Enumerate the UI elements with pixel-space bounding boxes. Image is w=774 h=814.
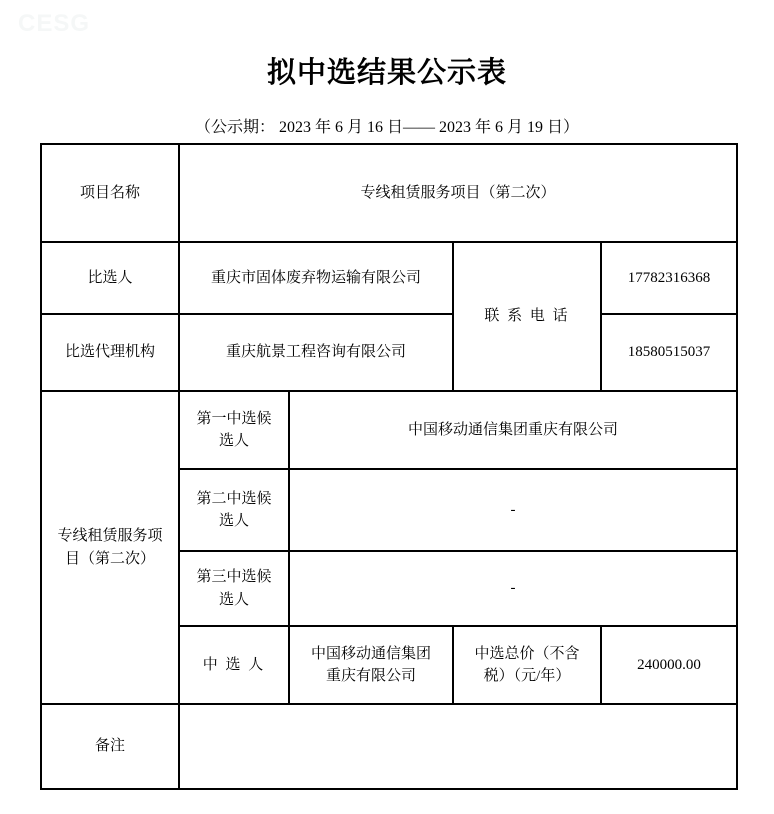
table-row: 比选代理机构 重庆航景工程咨询有限公司 18580515037 bbox=[41, 314, 737, 391]
table-row: 备注 bbox=[41, 704, 737, 789]
agency-phone-value: 18580515037 bbox=[601, 314, 737, 391]
page-title: 拟中选结果公示表 bbox=[0, 50, 774, 91]
candidate2-label: 第二中选候选人 bbox=[179, 469, 289, 551]
winner-label: 中 选 人 bbox=[179, 626, 289, 704]
project-section-label: 专线租赁服务项目（第二次） bbox=[41, 391, 179, 704]
table-row: 专线租赁服务项目（第二次） 第一中选候选人 中国移动通信集团重庆有限公司 bbox=[41, 391, 737, 469]
project-name-value: 专线租赁服务项目（第二次） bbox=[179, 144, 737, 242]
remarks-label: 备注 bbox=[41, 704, 179, 789]
contact-phone-label: 联 系 电 话 bbox=[453, 242, 601, 391]
cesg-watermark: CESG bbox=[18, 10, 90, 38]
selector-label: 比选人 bbox=[41, 242, 179, 314]
project-name-label: 项目名称 bbox=[41, 144, 179, 242]
total-price-value: 240000.00 bbox=[601, 626, 737, 704]
table-row: 项目名称 专线租赁服务项目（第二次） bbox=[41, 144, 737, 242]
result-table: 项目名称 专线租赁服务项目（第二次） 比选人 重庆市固体废弃物运输有限公司 联 … bbox=[40, 143, 738, 790]
candidate1-label: 第一中选候选人 bbox=[179, 391, 289, 469]
candidate3-label: 第三中选候选人 bbox=[179, 551, 289, 626]
table-row: 比选人 重庆市固体废弃物运输有限公司 联 系 电 话 17782316368 bbox=[41, 242, 737, 314]
total-price-label: 中选总价（不含税）（元/年） bbox=[453, 626, 601, 704]
remarks-value bbox=[179, 704, 737, 789]
candidate3-value: - bbox=[289, 551, 737, 626]
publicity-period: （公示期： 2023 年 6 月 16 日—— 2023 年 6 月 19 日） bbox=[0, 114, 774, 137]
agency-value: 重庆航景工程咨询有限公司 bbox=[179, 314, 453, 391]
selector-phone-value: 17782316368 bbox=[601, 242, 737, 314]
winner-value: 中国移动通信集团重庆有限公司 bbox=[289, 626, 453, 704]
candidate2-value: - bbox=[289, 469, 737, 551]
candidate1-value: 中国移动通信集团重庆有限公司 bbox=[289, 391, 737, 469]
selector-value: 重庆市固体废弃物运输有限公司 bbox=[179, 242, 453, 314]
agency-label: 比选代理机构 bbox=[41, 314, 179, 391]
